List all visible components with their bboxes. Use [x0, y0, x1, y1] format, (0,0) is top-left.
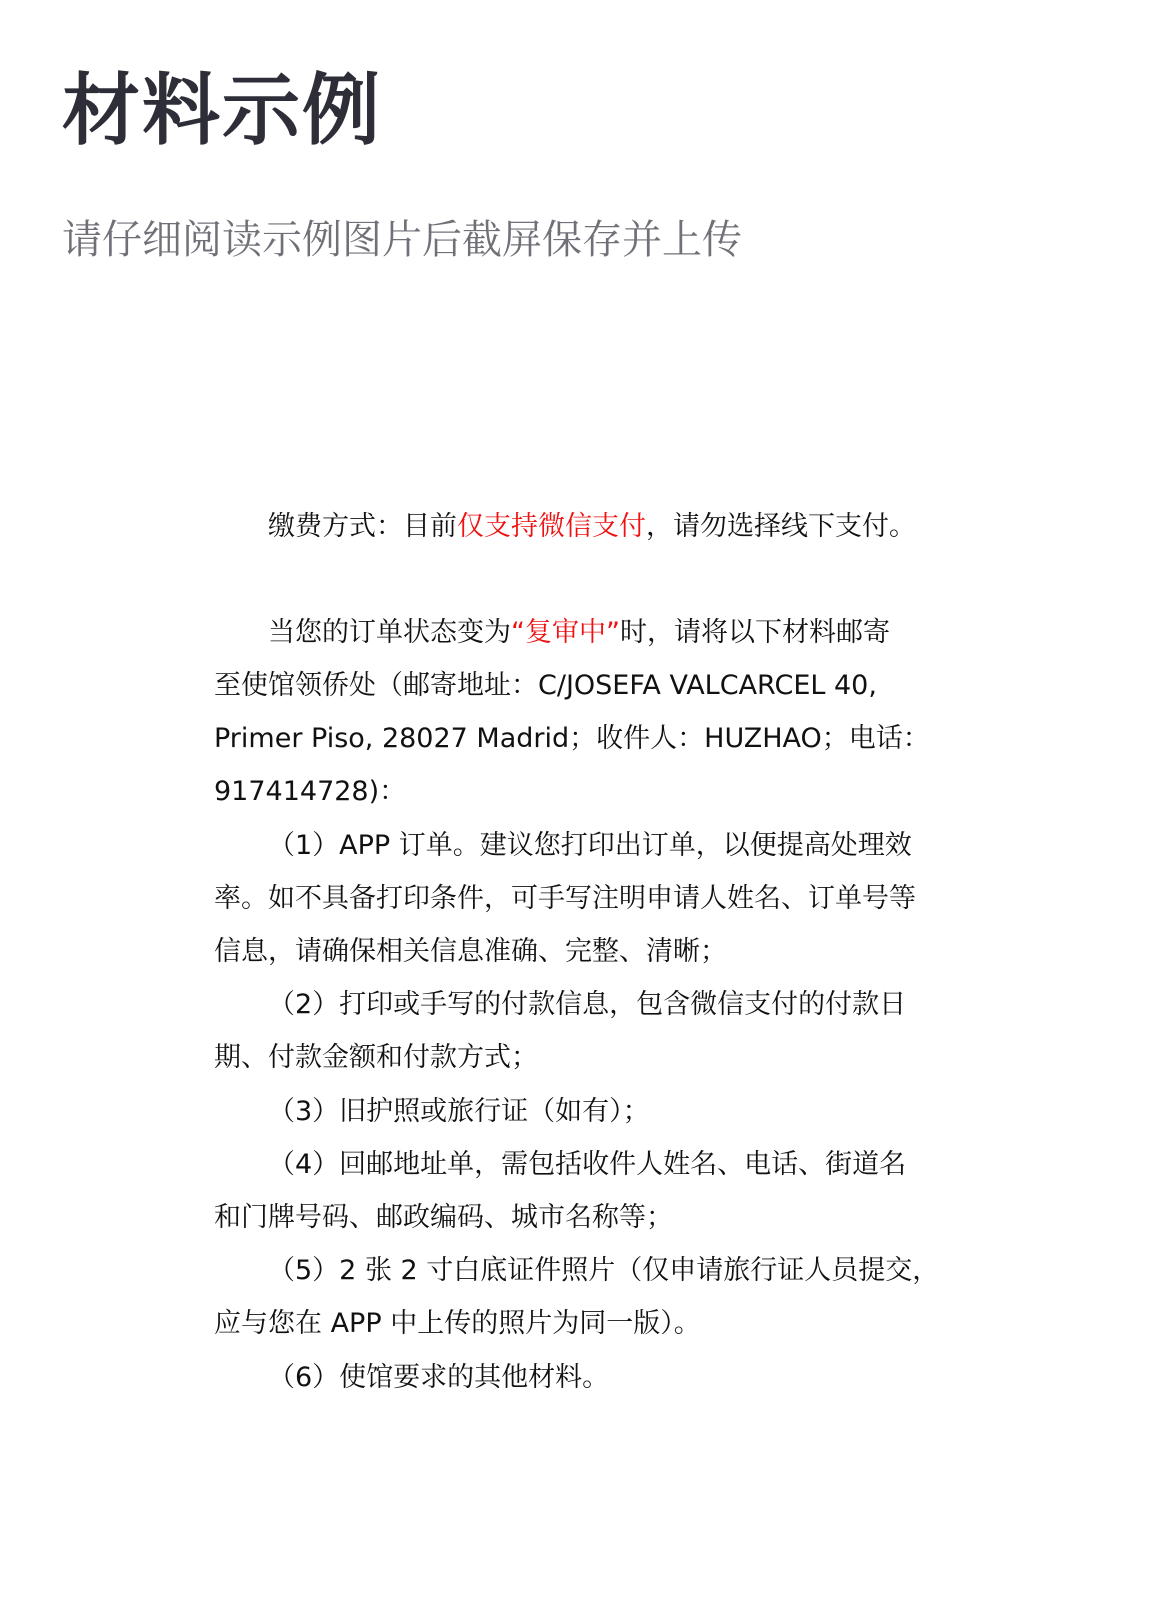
payment-highlight: 仅支持微信支付: [457, 511, 646, 542]
intro-line-1: 当您的订单状态变为“复审中”时，请将以下材料邮寄: [268, 619, 890, 646]
item-5-line-2: 应与您在 APP 中上传的照片为同一版）。: [214, 1310, 701, 1337]
item-4-line-1: （4）回邮地址单，需包括收件人姓名、电话、街道名: [268, 1151, 906, 1178]
payment-suffix: ，请勿选择线下支付。: [646, 511, 916, 542]
payment-method-text: 缴费方式：目前仅支持微信支付，请勿选择线下支付。: [268, 513, 916, 540]
intro-line-2: 至使馆领侨处（邮寄地址：C/JOSEFA VALCARCEL 40,: [214, 672, 877, 699]
payment-prefix: 缴费方式：目前: [268, 511, 457, 542]
item-2-line-1: （2）打印或手写的付款信息，包含微信支付的付款日: [268, 991, 906, 1018]
item-1-line-2: 率。如不具备打印条件，可手写注明申请人姓名、订单号等: [214, 885, 916, 912]
item-1-line-3: 信息，请确保相关信息准确、完整、清晰；: [214, 938, 727, 965]
item-2-line-2: 期、付款金额和付款方式；: [214, 1044, 538, 1071]
intro-line-3: Primer Piso, 28027 Madrid；收件人：HUZHAO；电话：: [214, 725, 930, 752]
intro-line-4: 917414728)：: [214, 778, 406, 805]
page-title: 材料示例: [62, 72, 382, 150]
item-4-line-2: 和门牌号码、邮政编码、城市名称等；: [214, 1204, 673, 1231]
intro-suffix: 时，请将以下材料邮寄: [620, 617, 890, 648]
item-5-line-1: （5）2 张 2 寸白底证件照片（仅申请旅行证人员提交，: [268, 1257, 939, 1284]
item-3-line-1: （3）旧护照或旅行证（如有）；: [268, 1098, 650, 1125]
item-6-line-1: （6）使馆要求的其他材料。: [268, 1364, 609, 1391]
page-subtitle: 请仔细阅读示例图片后截屏保存并上传: [62, 220, 742, 260]
status-highlight: “复审中”: [511, 617, 620, 648]
item-1-line-1: （1）APP 订单。建议您打印出订单，以便提高处理效: [268, 832, 912, 859]
intro-prefix: 当您的订单状态变为: [268, 617, 511, 648]
